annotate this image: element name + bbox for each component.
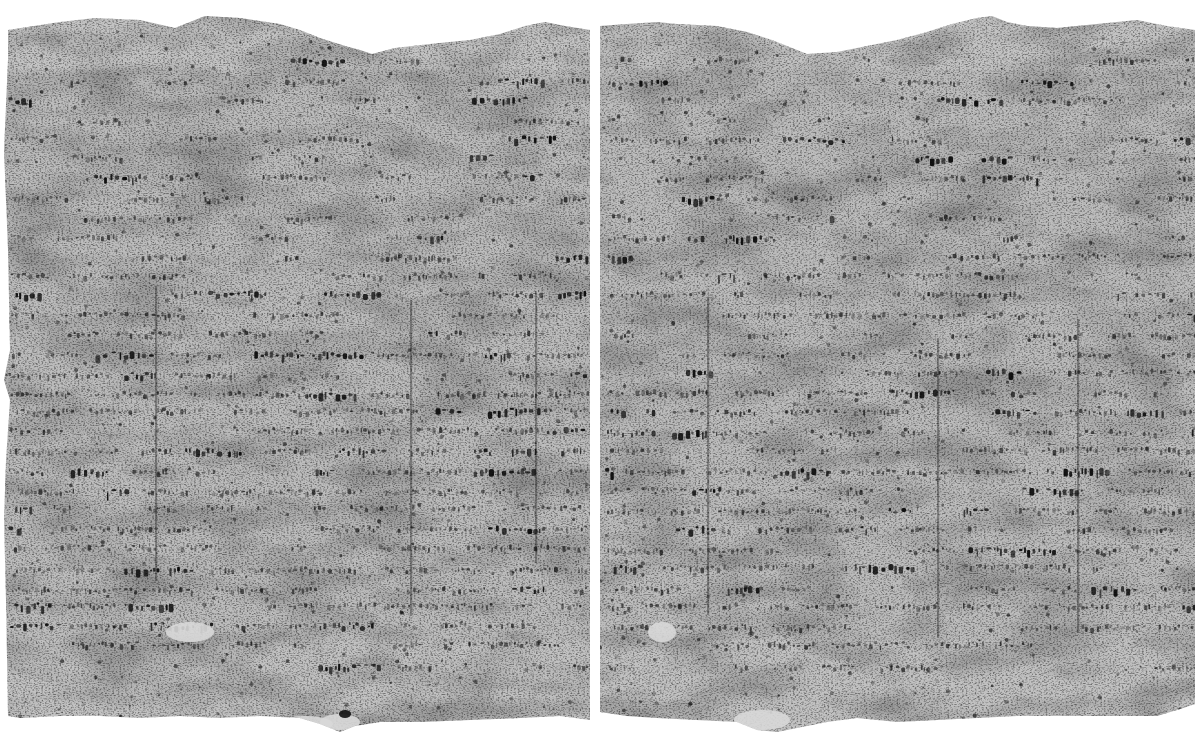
- papyrus-surface: [0, 0, 594, 742]
- papyrus-panel-left: Papyrus fragment, left panel: [0, 0, 594, 742]
- papyrus-surface: [597, 0, 1200, 742]
- papyrus-panel-right: Papyrus fragment, right panel: [597, 0, 1200, 742]
